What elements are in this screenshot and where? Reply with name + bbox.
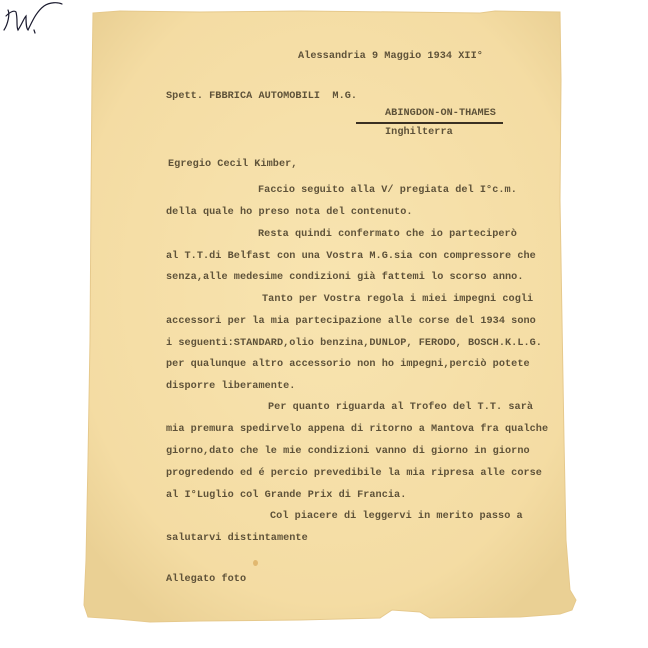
body-line: giorno,dato che le mie condizioni vanno … bbox=[166, 446, 530, 457]
paper-stain bbox=[253, 560, 258, 566]
address-underline bbox=[356, 122, 503, 124]
recipient: Spett. FBBRICA AUTOMOBILI M.G. bbox=[166, 91, 357, 102]
body-line: progredendo ed é percio prevedibile la m… bbox=[166, 468, 542, 479]
signature-icon bbox=[0, 0, 70, 40]
address-line-2: Inghilterra bbox=[385, 127, 453, 138]
address-line-1: ABINGDON-ON-THAMES bbox=[385, 108, 496, 119]
body-line: al T.T.di Belfast con una Vostra M.G.sia… bbox=[166, 251, 536, 262]
body-line: mia premura spedirvelo appena di ritorno… bbox=[166, 424, 548, 435]
body-line: della quale ho preso nota del contenuto. bbox=[166, 207, 413, 218]
body-line: salutarvi distintamente bbox=[166, 533, 308, 544]
salutation: Egregio Cecil Kimber, bbox=[168, 159, 297, 170]
body-line: disporre liberamente. bbox=[166, 381, 295, 392]
body-line: i seguenti:STANDARD,olio benzina,DUNLOP,… bbox=[166, 338, 542, 349]
body-line: senza,alle medesime condizioni già fatte… bbox=[166, 272, 523, 283]
body-line: Tanto per Vostra regola i miei impegni c… bbox=[262, 294, 533, 305]
letter-paper: Alessandria 9 Maggio 1934 XII° Spett. FB… bbox=[0, 0, 648, 648]
body-line: Faccio seguito alla V/ pregiata del I°c.… bbox=[258, 185, 517, 196]
body-line: accessori per la mia partecipazione alle… bbox=[166, 316, 536, 327]
body-line: Col piacere di leggervi in merito passo … bbox=[270, 511, 523, 522]
enclosure-note: Allegato foto bbox=[166, 574, 246, 585]
body-line: per qualunque altro accessorio non ho im… bbox=[166, 359, 530, 370]
body-line: al I°Luglio col Grande Prix di Francia. bbox=[166, 490, 406, 501]
body-line: Resta quindi confermato che io partecipe… bbox=[258, 229, 517, 240]
dateline: Alessandria 9 Maggio 1934 XII° bbox=[298, 51, 483, 62]
body-line: Per quanto riguarda al Trofeo del T.T. s… bbox=[268, 402, 533, 413]
